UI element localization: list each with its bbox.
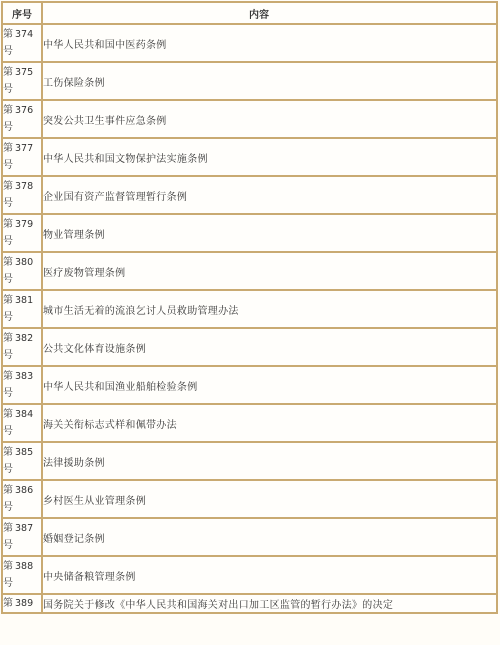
row-number-cell: 第379号 [2, 214, 42, 252]
table-row: 第381号 城市生活无着的流浪乞讨人员救助管理办法 [2, 290, 497, 328]
table-row: 第382号 公共文化体育设施条例 [2, 328, 497, 366]
number-prefix: 第 [3, 219, 13, 230]
row-number: 387 [15, 523, 33, 534]
row-number: 380 [15, 257, 33, 268]
number-suffix: 号 [3, 236, 13, 247]
table-row: 第387号 婚姻登记条例 [2, 518, 497, 556]
number-suffix: 号 [3, 312, 13, 323]
document-page: 序号 内容 第374号 中华人民共和国中医药条例 第375号 工伤保险条例 第3… [0, 0, 500, 645]
number-prefix: 第 [3, 485, 13, 496]
number-suffix: 号 [3, 464, 13, 475]
number-prefix: 第 [3, 29, 13, 40]
row-number: 384 [15, 409, 33, 420]
table-row: 第384号 海关关衔标志式样和佩带办法 [2, 404, 497, 442]
row-number: 388 [15, 561, 33, 572]
number-suffix: 号 [3, 502, 13, 513]
row-content-cell: 中央储备粮管理条例 [42, 556, 497, 594]
number-suffix: 号 [3, 122, 13, 133]
row-content: 公共文化体育设施条例 [43, 344, 146, 355]
row-number-cell: 第388号 [2, 556, 42, 594]
row-number-cell: 第376号 [2, 100, 42, 138]
number-suffix: 号 [3, 350, 13, 361]
row-content-cell: 婚姻登记条例 [42, 518, 497, 556]
row-content: 中华人民共和国中医药条例 [43, 40, 167, 51]
table-header-row: 序号 内容 [2, 2, 497, 24]
row-number-cell: 第377号 [2, 138, 42, 176]
row-content-cell: 国务院关于修改《中华人民共和国海关对出口加工区监管的暂行办法》的决定 [42, 594, 497, 613]
row-content-cell: 法律援助条例 [42, 442, 497, 480]
row-content: 海关关衔标志式样和佩带办法 [43, 420, 177, 431]
row-content-cell: 中华人民共和国渔业船舶检验条例 [42, 366, 497, 404]
number-suffix: 号 [3, 46, 13, 57]
number-prefix: 第 [3, 105, 13, 116]
number-suffix: 号 [3, 388, 13, 399]
row-number: 378 [15, 181, 33, 192]
table-row: 第388号 中央储备粮管理条例 [2, 556, 497, 594]
row-number: 389 [15, 598, 33, 609]
row-number: 382 [15, 333, 33, 344]
row-content: 中央储备粮管理条例 [43, 572, 136, 583]
row-number: 386 [15, 485, 33, 496]
number-prefix: 第 [3, 143, 13, 154]
table-row: 第385号 法律援助条例 [2, 442, 497, 480]
number-prefix: 第 [3, 257, 13, 268]
row-content-cell: 医疗废物管理条例 [42, 252, 497, 290]
row-number: 375 [15, 67, 33, 78]
number-suffix: 号 [3, 540, 13, 551]
header-content: 内容 [42, 2, 497, 24]
row-content: 突发公共卫生事件应急条例 [43, 116, 167, 127]
number-suffix: 号 [3, 426, 13, 437]
row-number: 381 [15, 295, 33, 306]
row-number-cell: 第382号 [2, 328, 42, 366]
row-content-cell: 中华人民共和国文物保护法实施条例 [42, 138, 497, 176]
row-content: 企业国有资产监督管理暂行条例 [43, 192, 187, 203]
row-content-cell: 公共文化体育设施条例 [42, 328, 497, 366]
table-body: 第374号 中华人民共和国中医药条例 第375号 工伤保险条例 第376号 突发… [2, 24, 497, 613]
row-number-cell: 第383号 [2, 366, 42, 404]
row-content-cell: 工伤保险条例 [42, 62, 497, 100]
row-number-cell: 第378号 [2, 176, 42, 214]
row-content-cell: 城市生活无着的流浪乞讨人员救助管理办法 [42, 290, 497, 328]
number-suffix: 号 [3, 578, 13, 589]
table-row: 第376号 突发公共卫生事件应急条例 [2, 100, 497, 138]
row-number: 379 [15, 219, 33, 230]
row-content: 法律援助条例 [43, 458, 105, 469]
row-content-cell: 海关关衔标志式样和佩带办法 [42, 404, 497, 442]
row-content: 医疗废物管理条例 [43, 268, 125, 279]
row-number-cell: 第375号 [2, 62, 42, 100]
row-number-cell: 第389 [2, 594, 42, 613]
row-content: 工伤保险条例 [43, 78, 105, 89]
row-number-cell: 第384号 [2, 404, 42, 442]
table-row: 第379号 物业管理条例 [2, 214, 497, 252]
number-suffix: 号 [3, 274, 13, 285]
row-number-cell: 第387号 [2, 518, 42, 556]
regulations-table: 序号 内容 第374号 中华人民共和国中医药条例 第375号 工伤保险条例 第3… [1, 1, 498, 614]
number-prefix: 第 [3, 371, 13, 382]
row-number: 383 [15, 371, 33, 382]
row-content-cell: 乡村医生从业管理条例 [42, 480, 497, 518]
number-prefix: 第 [3, 523, 13, 534]
header-number: 序号 [2, 2, 42, 24]
row-number-cell: 第381号 [2, 290, 42, 328]
table-row: 第389 国务院关于修改《中华人民共和国海关对出口加工区监管的暂行办法》的决定 [2, 594, 497, 613]
row-content: 城市生活无着的流浪乞讨人员救助管理办法 [43, 306, 239, 317]
row-number: 377 [15, 143, 33, 154]
row-content: 中华人民共和国文物保护法实施条例 [43, 154, 208, 165]
number-prefix: 第 [3, 333, 13, 344]
table-row: 第383号 中华人民共和国渔业船舶检验条例 [2, 366, 497, 404]
row-content-cell: 突发公共卫生事件应急条例 [42, 100, 497, 138]
row-content-cell: 中华人民共和国中医药条例 [42, 24, 497, 62]
number-prefix: 第 [3, 598, 13, 609]
table-row: 第386号 乡村医生从业管理条例 [2, 480, 497, 518]
row-number-cell: 第385号 [2, 442, 42, 480]
row-content: 物业管理条例 [43, 230, 105, 241]
table-row: 第380号 医疗废物管理条例 [2, 252, 497, 290]
row-number: 385 [15, 447, 33, 458]
row-number: 374 [15, 29, 33, 40]
number-prefix: 第 [3, 561, 13, 572]
row-number-cell: 第386号 [2, 480, 42, 518]
number-prefix: 第 [3, 181, 13, 192]
table-row: 第375号 工伤保险条例 [2, 62, 497, 100]
number-suffix: 号 [3, 160, 13, 171]
table-row: 第377号 中华人民共和国文物保护法实施条例 [2, 138, 497, 176]
number-prefix: 第 [3, 67, 13, 78]
row-content-cell: 企业国有资产监督管理暂行条例 [42, 176, 497, 214]
table-row: 第378号 企业国有资产监督管理暂行条例 [2, 176, 497, 214]
number-prefix: 第 [3, 447, 13, 458]
row-number: 376 [15, 105, 33, 116]
number-prefix: 第 [3, 295, 13, 306]
table-row: 第374号 中华人民共和国中医药条例 [2, 24, 497, 62]
row-content-cell: 物业管理条例 [42, 214, 497, 252]
number-suffix: 号 [3, 198, 13, 209]
number-prefix: 第 [3, 409, 13, 420]
row-number-cell: 第380号 [2, 252, 42, 290]
row-number-cell: 第374号 [2, 24, 42, 62]
row-content: 乡村医生从业管理条例 [43, 496, 146, 507]
number-suffix: 号 [3, 84, 13, 95]
row-content: 国务院关于修改《中华人民共和国海关对出口加工区监管的暂行办法》的决定 [43, 600, 393, 611]
row-content: 中华人民共和国渔业船舶检验条例 [43, 382, 198, 393]
row-content: 婚姻登记条例 [43, 534, 105, 545]
